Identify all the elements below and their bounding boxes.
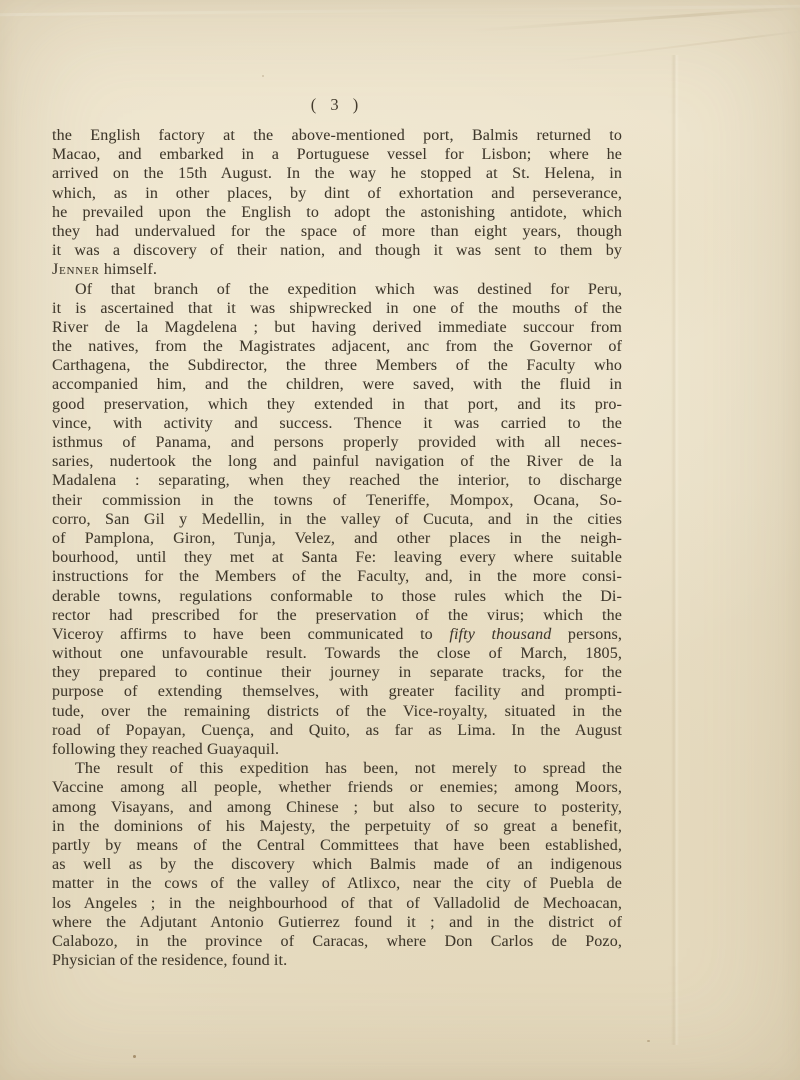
text-line: instructions for the Members of the Facu… xyxy=(52,567,622,586)
text-line: road of Popayan, Cuença, and Quito, as f… xyxy=(52,721,622,740)
paper-crease-diagonal-1 xyxy=(470,3,800,33)
paper-speck xyxy=(262,75,264,77)
text-line: Jenner himself. xyxy=(52,260,622,279)
text-line: good preservation, which they extended i… xyxy=(52,395,622,414)
text-line: River de la Magdelena ; but having deriv… xyxy=(52,318,622,337)
paper-speck xyxy=(647,1040,650,1042)
text-segment: himself. xyxy=(100,261,157,278)
text-line: following they reached Guayaquil. xyxy=(52,740,622,759)
text-line: arrived on the 15th August. In the way h… xyxy=(52,164,622,183)
text-line: he prevailed upon the English to adopt t… xyxy=(52,203,622,222)
text-line: in the dominions of his Majesty, the per… xyxy=(52,817,622,836)
text-segment-italic: fifty thousand xyxy=(449,626,551,643)
text-line: purpose of extending themselves, with gr… xyxy=(52,682,622,701)
paragraph: the English factory at the above-mention… xyxy=(52,126,622,280)
paper-speck xyxy=(133,1055,136,1058)
text-line: they had undervalued for the space of mo… xyxy=(52,222,622,241)
paragraph: Of that branch of the expedition which w… xyxy=(52,280,622,760)
paper-fold-vertical xyxy=(671,55,679,1045)
page-number: ( 3 ) xyxy=(52,95,622,117)
text-line: they prepared to continue their journey … xyxy=(52,663,622,682)
text-line: matter in the cows of the valley of Atli… xyxy=(52,874,622,893)
text-line: it is ascertained that it was shipwrecke… xyxy=(52,299,622,318)
text-line: Macao, and embarked in a Portuguese vess… xyxy=(52,145,622,164)
text-line: as well as by the discovery which Balmis… xyxy=(52,855,622,874)
text-line: los Angeles ; in the neighbourhood of th… xyxy=(52,894,622,913)
text-line: where the Adjutant Antonio Gutierrez fou… xyxy=(52,913,622,932)
text-line: of Pamplona, Giron, Tunja, Velez, and ot… xyxy=(52,529,622,548)
text-segment: Viceroy affirms to have been communicate… xyxy=(52,626,449,643)
text-block: the English factory at the above-mention… xyxy=(52,126,622,970)
text-line: their commission in the towns of Tenerif… xyxy=(52,491,622,510)
paper-crease-top xyxy=(0,5,800,17)
text-line: without one unfavourable result. Towards… xyxy=(52,644,622,663)
text-line: Of that branch of the expedition which w… xyxy=(52,280,622,299)
text-segment-smallcaps: Jenner xyxy=(52,261,100,278)
text-segment: persons, xyxy=(551,626,622,643)
text-line: the natives, from the Magistrates adjace… xyxy=(52,337,622,356)
text-line: derable towns, regulations conformable t… xyxy=(52,587,622,606)
text-line: tude, over the remaining districts of th… xyxy=(52,702,622,721)
paragraph: The result of this expedition has been, … xyxy=(52,759,622,970)
scanned-book-page: ( 3 ) the English factory at the above-m… xyxy=(0,0,800,1080)
text-line: rector had prescribed for the preservati… xyxy=(52,606,622,625)
text-line: partly by means of the Central Committee… xyxy=(52,836,622,855)
text-line: accompanied him, and the children, were … xyxy=(52,375,622,394)
text-line: Physician of the residence, found it. xyxy=(52,951,622,970)
text-line: Carthagena, the Subdirector, the three M… xyxy=(52,356,622,375)
text-line: vince, with activity and success. Thence… xyxy=(52,414,622,433)
text-line: among Visayans, and among Chinese ; but … xyxy=(52,798,622,817)
paper-crease-diagonal-2 xyxy=(551,27,800,63)
text-line: it was a discovery of their nation, and … xyxy=(52,241,622,260)
text-line: isthmus of Panama, and persons properly … xyxy=(52,433,622,452)
text-line: which, as in other places, by dint of ex… xyxy=(52,184,622,203)
text-line: corro, San Gil y Medellin, in the valley… xyxy=(52,510,622,529)
text-line: saries, nudertook the long and painful n… xyxy=(52,452,622,471)
text-line: the English factory at the above-mention… xyxy=(52,126,622,145)
text-line: Calabozo, in the province of Caracas, wh… xyxy=(52,932,622,951)
text-line: Madalena : separating, when they reached… xyxy=(52,471,622,490)
text-line: Viceroy affirms to have been communicate… xyxy=(52,625,622,644)
text-line: bourhood, until they met at Santa Fe: le… xyxy=(52,548,622,567)
text-line: The result of this expedition has been, … xyxy=(52,759,622,778)
text-line: Vaccine among all people, whether friend… xyxy=(52,778,622,797)
